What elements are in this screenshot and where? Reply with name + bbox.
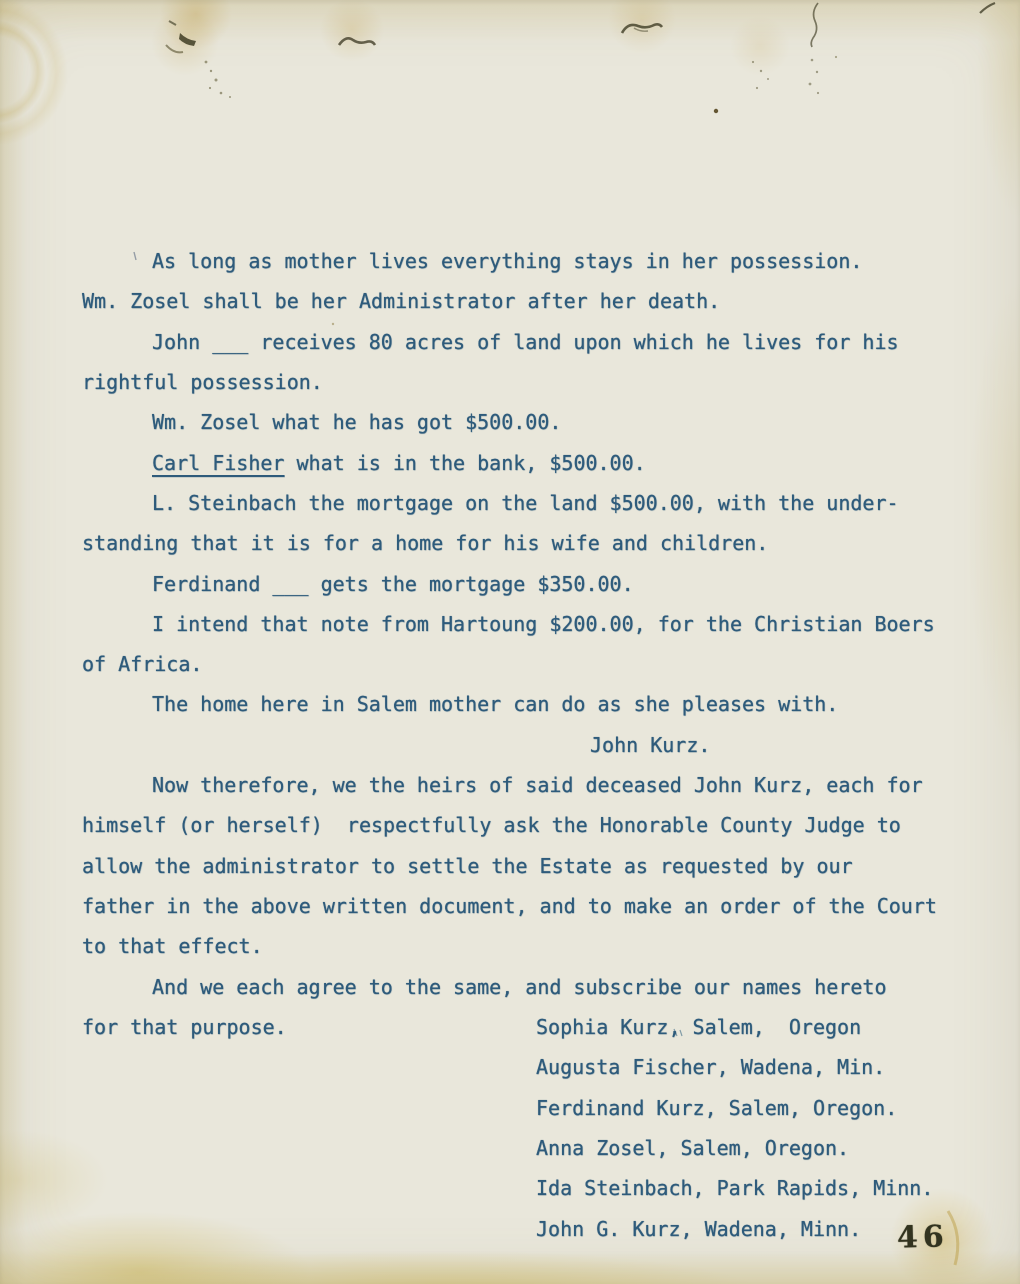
line-text: himself (or herself) respectfully ask th…	[82, 813, 901, 837]
line-text: And we each agree to the same, and subsc…	[152, 975, 887, 999]
text-line: of Africa.	[82, 644, 1020, 684]
smudge-mark	[622, 24, 662, 33]
line-text: L. Steinbach the mortgage on the land $5…	[152, 491, 899, 515]
line-text: of Africa.	[82, 652, 202, 676]
smudge-mark	[339, 38, 375, 45]
smudge-mark	[980, 3, 995, 13]
line-text: father in the above written document, an…	[82, 894, 937, 918]
text-line: Wm. Zosel what he has got $500.00.	[82, 402, 1020, 442]
text-line: to that effect.	[82, 926, 1020, 966]
line-text: what is in the bank, $500.00.	[284, 451, 645, 475]
line-text: As long as mother lives everything stays…	[152, 249, 862, 273]
smudge-mark	[169, 21, 176, 25]
text-line: Anna Zosel, Salem, Oregon.	[82, 1128, 1020, 1168]
text-line: Ferdinand ___ gets the mortgage $350.00.	[82, 564, 1020, 604]
line-text: I intend that note from Hartoung $200.00…	[152, 612, 935, 636]
text-line: Ida Steinbach, Park Rapids, Minn.	[82, 1168, 1020, 1208]
line-text: Ida Steinbach, Park Rapids, Minn.	[536, 1176, 933, 1200]
text-line: And we each agree to the same, and subsc…	[82, 967, 1020, 1007]
line-text: Augusta Fischer, Wadena, Min.	[536, 1055, 885, 1079]
text-line: himself (or herself) respectfully ask th…	[82, 805, 1020, 845]
text-line: Now therefore, we the heirs of said dece…	[82, 765, 1020, 805]
line-text: Anna Zosel, Salem, Oregon.	[536, 1136, 849, 1160]
line-text: Wm. Zosel shall be her Administrator aft…	[82, 289, 720, 313]
line-text: John ___ receives 80 acres of land upon …	[152, 330, 899, 354]
line-text: rightful possession.	[82, 370, 323, 394]
line-text: John G. Kurz, Wadena, Minn.	[536, 1217, 861, 1241]
line-text: Now therefore, we the heirs of said dece…	[152, 773, 923, 797]
text-line: The home here in Salem mother can do as …	[82, 684, 1020, 724]
smudge-mark	[634, 28, 648, 31]
text-line: standing that it is for a home for his w…	[82, 523, 1020, 563]
line-text: standing that it is for a home for his w…	[82, 531, 768, 555]
text-line: Augusta Fischer, Wadena, Min.	[82, 1047, 1020, 1087]
smudge-mark	[179, 33, 196, 46]
text-line: father in the above written document, an…	[82, 886, 1020, 926]
smudge-mark	[811, 3, 818, 47]
smudge-dot	[714, 109, 718, 113]
line-text: Ferdinand Kurz, Salem, Oregon.	[536, 1096, 897, 1120]
page-number: 46	[897, 1219, 950, 1255]
text-line: John G. Kurz, Wadena, Minn.	[82, 1209, 1020, 1249]
line-text: John Kurz.	[590, 733, 710, 757]
text-line: I intend that note from Hartoung $200.00…	[82, 604, 1020, 644]
text-line: As long as mother lives everything stays…	[82, 241, 1020, 281]
text-line: John Kurz.	[82, 725, 1020, 765]
line-text: allow the administrator to settle the Es…	[82, 854, 853, 878]
scanned-document-page: As long as mother lives everything stays…	[0, 0, 1020, 1284]
document-text: As long as mother lives everything stays…	[82, 241, 1020, 1249]
line-text: Ferdinand ___ gets the mortgage $350.00.	[152, 572, 634, 596]
signature-text: Sophia Kurz, Salem, Oregon	[536, 1007, 861, 1047]
underlined-text: Carl Fisher	[152, 451, 284, 475]
text-line: Carl Fisher what is in the bank, $500.00…	[82, 443, 1020, 483]
text-line: Wm. Zosel shall be her Administrator aft…	[82, 281, 1020, 321]
text-line: Ferdinand Kurz, Salem, Oregon.	[82, 1088, 1020, 1128]
line-text: to that effect.	[82, 934, 263, 958]
smudge-specks	[205, 61, 231, 98]
text-line: John ___ receives 80 acres of land upon …	[82, 322, 1020, 362]
smudge-mark	[166, 45, 183, 52]
text-line: rightful possession.	[82, 362, 1020, 402]
text-line: L. Steinbach the mortgage on the land $5…	[82, 483, 1020, 523]
smudge-specks	[752, 59, 819, 94]
text-line: for that purpose.Sophia Kurz, Salem, Ore…	[82, 1007, 1020, 1047]
line-text: for that purpose.	[82, 1015, 287, 1039]
text-line: allow the administrator to settle the Es…	[82, 846, 1020, 886]
line-text: Wm. Zosel what he has got $500.00.	[152, 410, 561, 434]
line-text: The home here in Salem mother can do as …	[152, 692, 838, 716]
smudge-dot	[835, 56, 837, 58]
